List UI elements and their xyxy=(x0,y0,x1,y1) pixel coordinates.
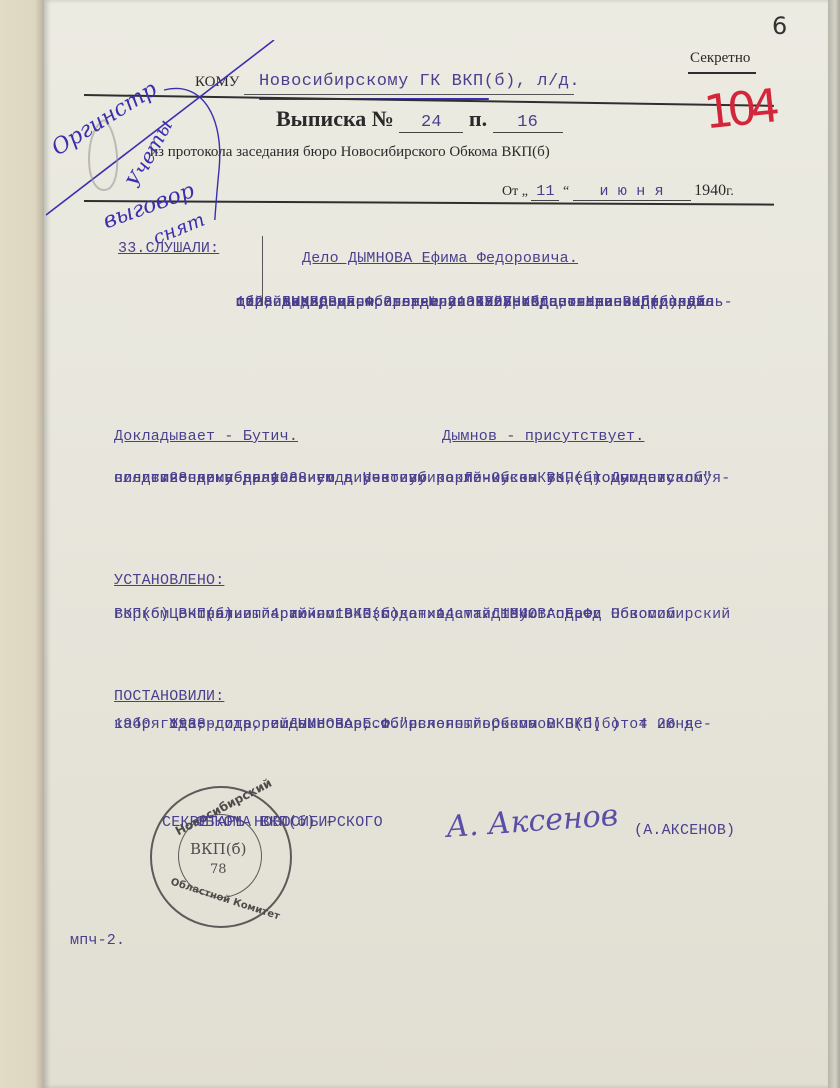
bio-line: строй НКВД. xyxy=(236,294,337,311)
present-line: Дымнов - присутствует. xyxy=(442,428,644,445)
date-suffix: г. xyxy=(726,184,734,199)
established-label: УСТАНОВЛЕНО: xyxy=(114,572,224,589)
date-year: 1940 xyxy=(694,182,726,199)
adjacent-page-edge xyxy=(0,0,44,1088)
stamp-center-text: ВКП(б) xyxy=(190,840,246,858)
protocol-date: От „ 11 “ и ю н я 1940г. xyxy=(502,182,734,201)
case-title: Дело ДЫМНОВА Ефима Федоровича. xyxy=(302,250,578,267)
background-line: следственному делу. xyxy=(114,470,289,487)
binder-edge xyxy=(828,0,840,1088)
reporter-line: Докладывает - Бутич. xyxy=(114,428,298,445)
signature-title-line2: ОБКОМА ВКП(б) - xyxy=(162,814,334,831)
date-prefix: От „ xyxy=(502,184,528,199)
signatory-name: (А.АКСЕНОВ) xyxy=(634,822,735,839)
handwritten-signature: А. Аксенов xyxy=(445,798,619,845)
addressee-value: Новосибирскому ГК ВКП(б), л/д. xyxy=(259,72,580,91)
date-quote: “ xyxy=(563,184,569,199)
extract-number: 24 xyxy=(399,113,463,133)
resolved-line: кабря 1938 года, с ДЫМНОВА Е.Ф. с н я т … xyxy=(114,716,500,733)
page-number: 6 xyxy=(772,12,787,40)
classification-underline xyxy=(688,72,756,74)
point-label: п. xyxy=(469,106,487,131)
heard-label: 33.СЛУШАЛИ: xyxy=(118,240,219,257)
classification-label: Секретно xyxy=(690,50,750,67)
extract-title: Выписка № 24 п. 16 xyxy=(276,106,563,133)
footer-code: мпч-2. xyxy=(70,932,125,949)
point-number: 16 xyxy=(493,113,563,133)
official-stamp: Новосибирский ВКП(б) 78 Областной Комите… xyxy=(150,786,292,928)
red-pencil-mark: 104 xyxy=(701,78,776,139)
date-day: 11 xyxy=(531,183,559,201)
document-sheet: 6 Секретно КОМУ Новосибирскому ГК ВКП(б)… xyxy=(44,0,828,1088)
date-month: и ю н я xyxy=(573,183,691,201)
stamp-number: 78 xyxy=(210,862,227,877)
established-line: ВКП(б) о снятии партийного взыскания с т… xyxy=(114,606,602,623)
resolved-label: ПОСТАНОВИЛИ: xyxy=(114,688,224,705)
